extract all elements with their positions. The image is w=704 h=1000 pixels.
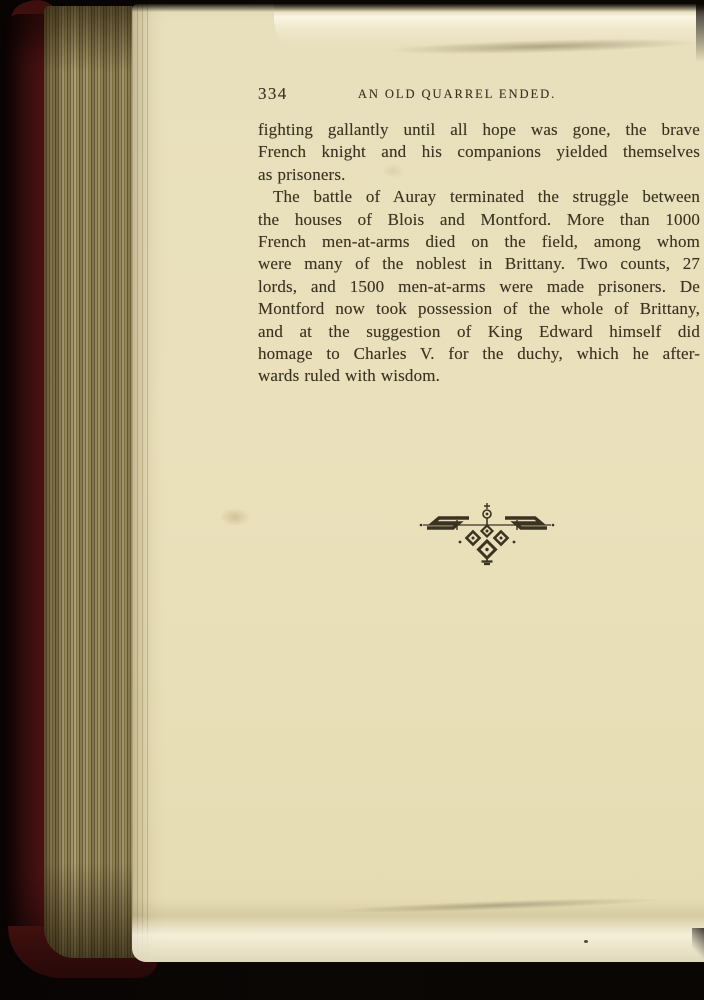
book-photo: 334 AN OLD QUARREL ENDED. fighting galla…	[0, 0, 704, 1000]
text-line: lords, and 1500 men-at-arms were made pr…	[258, 276, 700, 298]
stacked-page-edges	[44, 6, 136, 958]
running-header: AN OLD QUARREL ENDED.	[358, 87, 556, 102]
text-block: 334 AN OLD QUARREL ENDED. fighting galla…	[258, 84, 700, 388]
text-line: as prisoners.	[258, 164, 700, 186]
text-line: The battle of Auray terminated the strug…	[258, 186, 700, 208]
text-line: homage to Charles V. for the duchy, whic…	[258, 343, 700, 365]
printer-ornament-icon	[417, 501, 557, 567]
text-line: fighting gallantly until all hope was go…	[258, 119, 700, 141]
underlying-page-edges	[132, 4, 148, 962]
text-line: French men-at-arms died on the field, am…	[258, 231, 700, 253]
running-head-row: 334 AN OLD QUARREL ENDED.	[258, 84, 700, 106]
body-text: fighting gallantly until all hope was go…	[258, 119, 700, 388]
book-page: 334 AN OLD QUARREL ENDED. fighting galla…	[132, 4, 704, 962]
top-shadow-edge	[132, 4, 704, 12]
text-line: wards ruled with wisdom.	[258, 365, 700, 387]
page-number: 334	[258, 84, 288, 104]
paper-stain	[220, 508, 250, 526]
text-line: the houses of Blois and Montford. More t…	[258, 209, 700, 231]
top-right-dark-edge	[696, 4, 704, 62]
ink-speck	[584, 940, 588, 943]
bottom-right-dark-edge	[692, 928, 704, 962]
text-line: and at the suggestion of King Edward him…	[258, 321, 700, 343]
text-line: were many of the noblest in Brittany. Tw…	[258, 253, 700, 275]
text-line: Montford now took possession of the whol…	[258, 298, 700, 320]
text-line: French knight and his companions yielded…	[258, 141, 700, 163]
